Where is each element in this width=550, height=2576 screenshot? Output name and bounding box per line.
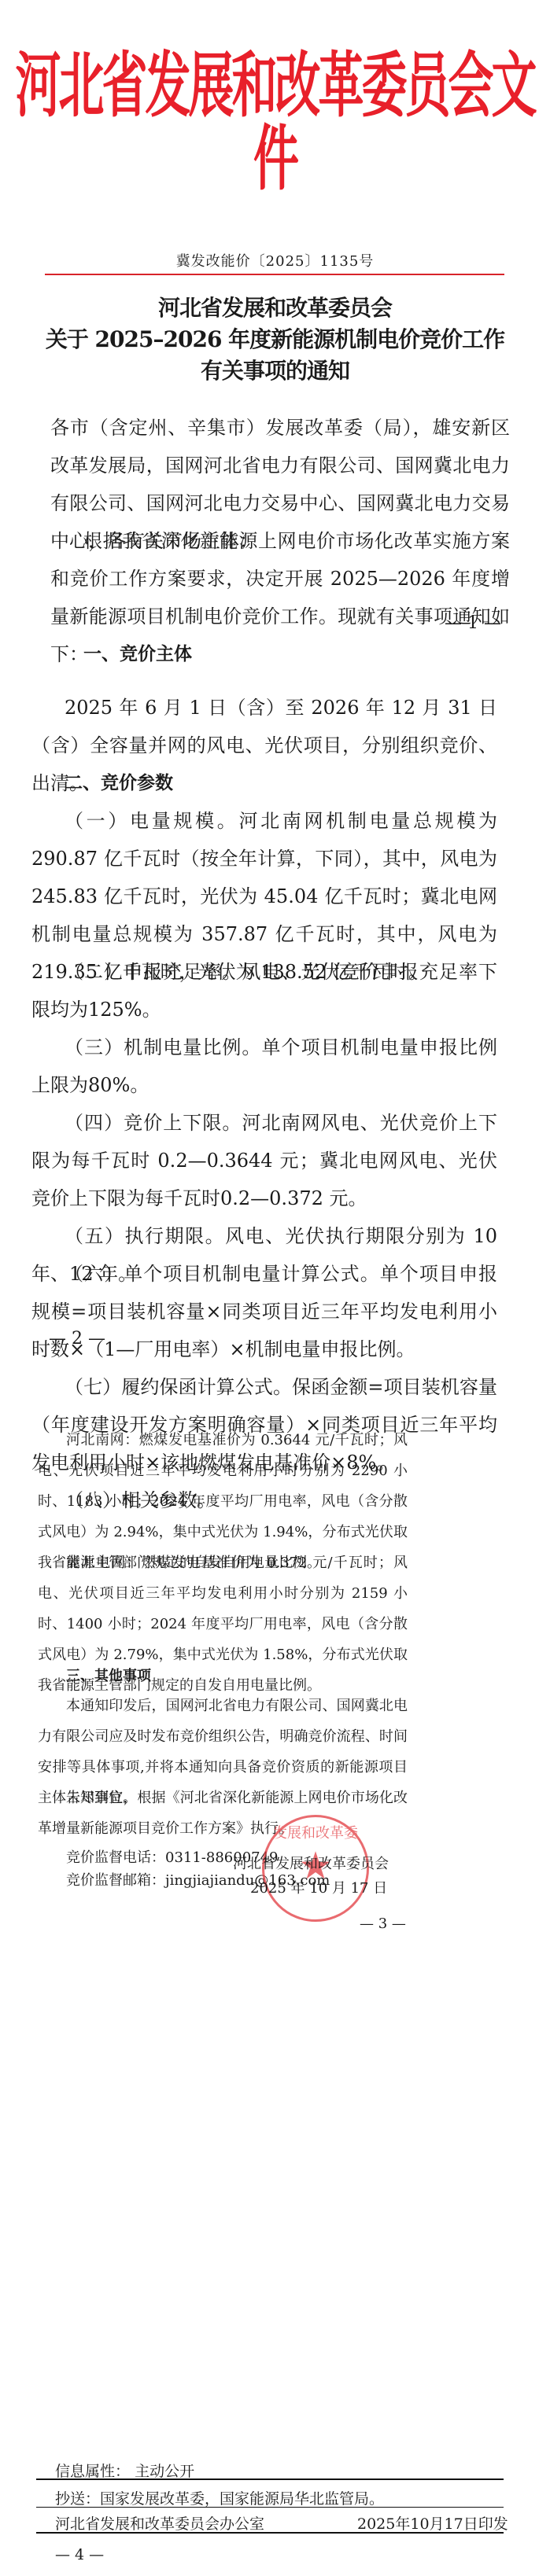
document-number: 冀发改能价〔2025〕1135号 — [0, 250, 550, 270]
param-item-3: （三）机制电量比例。单个项目机制电量申报比例上限为80%。 — [31, 1029, 497, 1104]
param-item-6: （六）单个项目机制电量计算公式。单个项目申报规模=项目装机容量×同类项目近三年平… — [31, 1255, 497, 1368]
title-line-1: 河北省发展和改革委员会 — [0, 293, 550, 324]
page-number-3: — 3 — — [360, 1915, 406, 1932]
contact-email-label: 竞价监督邮箱： — [66, 1872, 165, 1889]
param-item-4: （四）竞价上下限。河北南网风电、光伏竞价上下限为每千瓦时 0.2—0.3644 … — [31, 1104, 497, 1217]
footer-rule-3 — [36, 2532, 504, 2534]
info-attribute-value: 主动公开 — [135, 2463, 194, 2480]
title-line-2: 关于 2025–2026 年度新能源机制电价竞价工作 — [0, 324, 550, 355]
seal-text: 发展和改革委 — [264, 1822, 367, 1842]
section-2-heading: 二、竞价参数 — [31, 764, 497, 802]
issue-date: 2025年10月17日印发 — [357, 2512, 508, 2534]
section-1-heading: 一、竞价主体 — [50, 635, 510, 673]
page-number-4: — 4 — — [55, 2546, 104, 2563]
page-number-2: — 2 — — [49, 1329, 105, 1349]
issuing-office: 河北省发展和改革委员会办公室 — [55, 2512, 264, 2534]
document-banner: 河北省发展和改革委员会文件 — [0, 49, 550, 195]
section-3-heading: 三、其他事项 — [38, 1661, 408, 1691]
info-attribute-label: 信息属性： — [55, 2463, 130, 2480]
footer-rule-1 — [36, 2478, 504, 2480]
info-attribute: 信息属性： 主动公开 — [55, 2460, 194, 2481]
cc-list: 抄送：国家发展改革委，国家能源局华北监管局。 — [55, 2487, 384, 2508]
signature-date: 2025 年 10 月 17 日 — [250, 1877, 387, 1897]
title-line-3: 有关事项的通知 — [0, 355, 550, 387]
page-number-1: — 1 — — [445, 613, 501, 633]
contact-phone-label: 竞价监督电话： — [66, 1849, 165, 1866]
param-item-2: （二）申报充足率。风电、光伏竞价申报充足率下限均为125%。 — [31, 953, 497, 1029]
signature-org: 河北省发展和改革委员会 — [233, 1853, 389, 1873]
red-divider — [45, 274, 504, 275]
footer-rule-2 — [36, 2507, 504, 2508]
